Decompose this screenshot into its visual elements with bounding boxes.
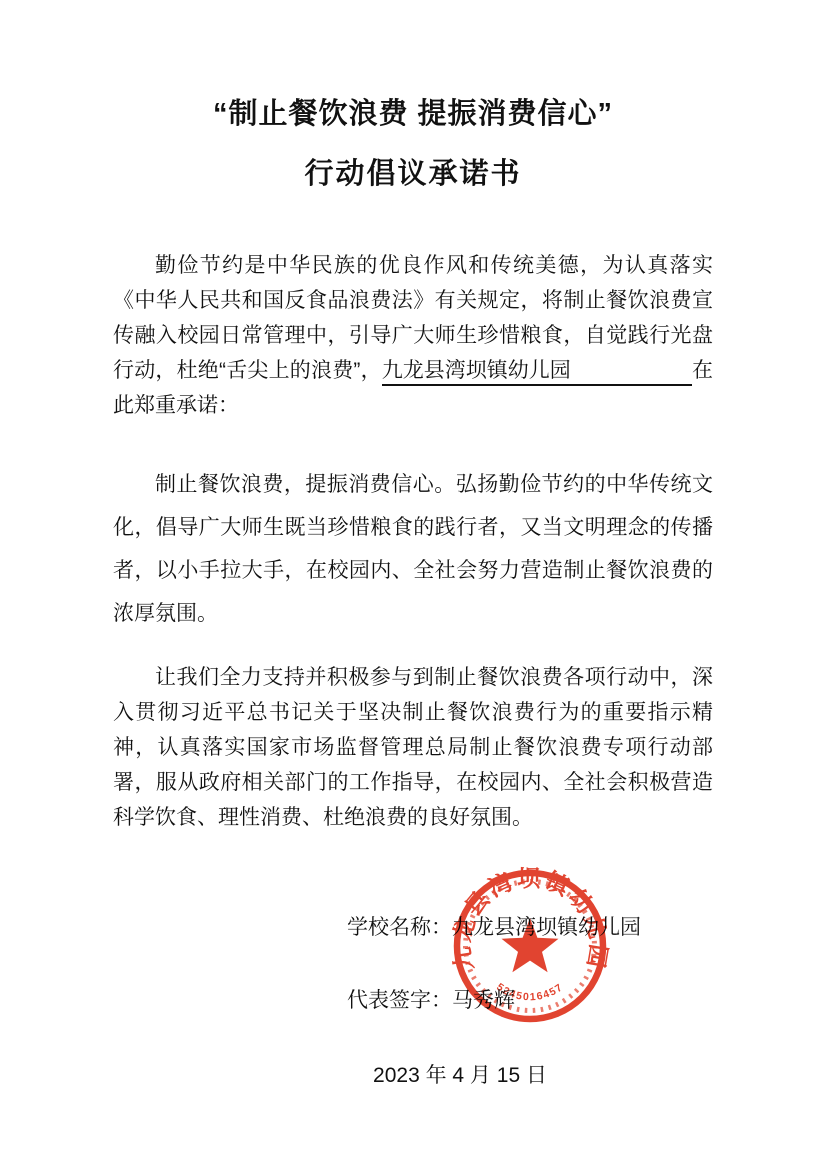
school-name-value: 九龙县湾坝镇幼儿园 — [452, 916, 641, 939]
school-name-blank: 九龙县湾坝镇幼儿园 — [382, 358, 692, 386]
representative-row: 代表签字：马秀辉 — [113, 983, 713, 1018]
doc-title-line1: “制止餐饮浪费 提振消费信心” — [113, 96, 713, 132]
doc-title-line2: 行动倡议承诺书 — [113, 156, 713, 192]
paragraph-1: 勤俭节约是中华民族的优良作风和传统美德，为认真落实《中华人民共和国反食品浪费法》… — [113, 248, 713, 423]
school-name-row: 学校名称：九龙县湾坝镇幼儿园 — [113, 910, 713, 945]
paragraph-2: 制止餐饮浪费，提振消费信心。弘扬勤俭节约的中华传统文化，倡导广大师生既当珍惜粮食… — [113, 463, 713, 635]
school-name-label: 学校名称： — [347, 916, 452, 939]
document-page: “制止餐饮浪费 提振消费信心” 行动倡议承诺书 勤俭节约是中华民族的优良作风和传… — [0, 0, 826, 1169]
paragraph-3: 让我们全力支持并积极参与到制止餐饮浪费各项行动中，深入贯彻习近平总书记关于坚决制… — [113, 660, 713, 835]
school-name-blank-value: 九龙县湾坝镇幼儿园 — [382, 359, 571, 382]
representative-value: 马秀辉 — [452, 989, 515, 1012]
representative-label: 代表签字： — [347, 989, 452, 1012]
date-row: 2023 年 4 月 15 日 — [160, 1058, 760, 1093]
